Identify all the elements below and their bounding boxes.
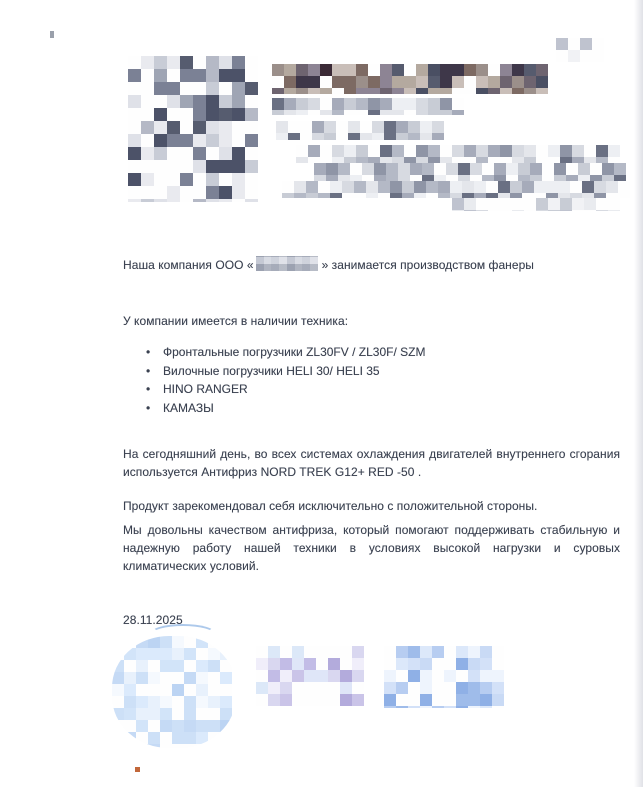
redacted-logo xyxy=(128,56,262,202)
redacted-signature xyxy=(256,646,366,706)
redacted-letterhead-line-3 xyxy=(276,121,444,140)
redacted-signature-right xyxy=(384,646,514,708)
redacted-letterhead-line-5 xyxy=(314,163,630,181)
list-item: КАМАЗЫ xyxy=(123,399,603,418)
equipment-list: Фронтальные погрузчики ZL30FV / ZL30F/ S… xyxy=(123,343,603,417)
scan-mark-topleft xyxy=(50,31,54,38)
redacted-letterhead-line-6 xyxy=(282,181,630,198)
redacted-letterhead-line-2 xyxy=(272,98,472,115)
redacted-letterhead-line-7 xyxy=(452,198,628,211)
list-item: Фронтальные погрузчики ZL30FV / ZL30F/ S… xyxy=(123,343,603,362)
company-line-suffix: » занимается производством фанеры xyxy=(322,258,534,272)
company-line: Наша компания ООО «» занимается производ… xyxy=(123,256,534,274)
equipment-intro: У компании имеется в наличии техника: xyxy=(123,312,348,330)
redacted-letterhead-title xyxy=(272,64,554,94)
paragraph-quality-feedback: Мы довольны качеством антифриза, который… xyxy=(123,521,620,575)
paragraph-antifreeze-usage: На сегодняшний день, во всех системах ох… xyxy=(123,445,620,481)
list-item: Вилочные погрузчики HELI 30/ HELI 35 xyxy=(123,362,603,381)
paragraph-product-review: Продукт зарекомендовал себя исключительн… xyxy=(123,497,620,515)
scan-edge-shadow xyxy=(634,0,643,787)
date-text: 28.11.2025 xyxy=(123,611,183,629)
list-item: HINO RANGER xyxy=(123,380,603,399)
redacted-company-name xyxy=(256,256,318,271)
redacted-letterhead-line-4 xyxy=(296,145,630,163)
scan-corner-speck xyxy=(556,38,614,62)
scanned-letter-page: Наша компания ООО «» занимается производ… xyxy=(0,0,643,787)
redacted-stamp xyxy=(112,636,236,748)
company-line-prefix: Наша компания ООО « xyxy=(123,258,254,272)
scan-dot-artifact xyxy=(135,767,140,772)
